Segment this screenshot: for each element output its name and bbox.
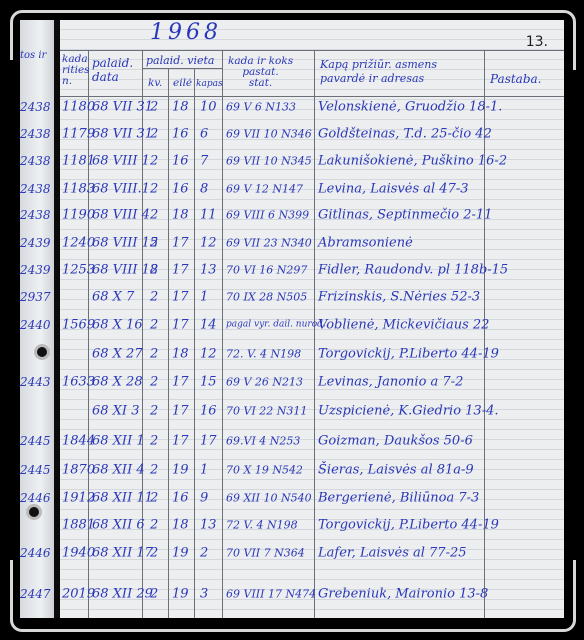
edge-number: 2447 bbox=[20, 587, 51, 601]
previous-page-edge: tos ir 243824382438243824382439243929372… bbox=[20, 20, 54, 618]
cell-no: 1633 bbox=[62, 375, 95, 390]
header-bottom-rule bbox=[60, 96, 564, 97]
cell-date: 68 X 27 bbox=[92, 347, 143, 362]
edge-number: 2937 bbox=[20, 290, 51, 304]
cell-monument: 70 VII 7 N364 bbox=[226, 547, 305, 560]
cell-date: 68 VII 31 bbox=[92, 127, 153, 142]
cell-kapas: 3 bbox=[200, 587, 208, 602]
cell-caretaker: Grebeniuk, Maironio 13-8 bbox=[318, 587, 488, 602]
cell-eile: 19 bbox=[172, 546, 189, 561]
cell-caretaker: Torgovickij, P.Liberto 44-19 bbox=[318, 518, 499, 533]
cell-kv: 2 bbox=[150, 290, 158, 305]
cell-kapas: 8 bbox=[200, 182, 208, 197]
cell-caretaker: Uzspicienė, K.Giedrio 13-4. bbox=[318, 404, 499, 419]
cell-no: 2019 bbox=[62, 587, 95, 602]
cell-date: 68 VII 31 bbox=[92, 100, 153, 115]
cell-caretaker: Abramsonienė bbox=[318, 236, 413, 251]
frame-gap-left bbox=[0, 60, 14, 560]
col-rule-3 bbox=[168, 68, 169, 618]
cell-date: 68 XII 6 bbox=[92, 518, 145, 533]
edge-number: 2438 bbox=[20, 100, 51, 114]
edge-number: 2438 bbox=[20, 208, 51, 222]
edge-header: tos ir bbox=[20, 50, 46, 61]
cell-date: 68 XII 29 bbox=[92, 587, 153, 602]
cell-no: 1179 bbox=[62, 127, 95, 142]
header-burial-place: palaid. vieta bbox=[146, 55, 214, 66]
cell-kapas: 14 bbox=[200, 318, 217, 333]
binding-hole-bottom bbox=[26, 504, 42, 520]
edge-number: 2445 bbox=[20, 434, 51, 448]
cell-caretaker: Levinas, Janonio a 7-2 bbox=[318, 375, 463, 390]
cell-no: 1253 bbox=[62, 263, 95, 278]
cell-monument: 69 VIII 6 N399 bbox=[226, 209, 309, 222]
col-rule-5 bbox=[222, 50, 223, 618]
cell-kapas: 13 bbox=[200, 518, 217, 533]
edge-number: 2438 bbox=[20, 182, 51, 196]
cell-monument: 72 V. 4 N198 bbox=[226, 519, 298, 532]
cell-monument: 69 VIII 17 N474 bbox=[226, 588, 316, 601]
cell-monument: 69.VI 4 N253 bbox=[226, 435, 300, 448]
cell-no: 1569 bbox=[62, 318, 95, 333]
cell-kapas: 15 bbox=[200, 375, 217, 390]
frame-gap-right bbox=[570, 70, 584, 560]
cell-monument: 69 VII 10 N345 bbox=[226, 155, 312, 168]
cell-eile: 16 bbox=[172, 182, 189, 197]
cell-caretaker: Levina, Laisvės al 47-3 bbox=[318, 182, 469, 197]
cell-kapas: 17 bbox=[200, 434, 217, 449]
cell-caretaker: Lafer, Laisvės al 77-25 bbox=[318, 546, 467, 561]
cell-no: 1912 bbox=[62, 491, 95, 506]
cell-caretaker: Lakunišokienė, Puškino 16-2 bbox=[318, 154, 507, 169]
cell-date: 68 XI 3 bbox=[92, 404, 139, 419]
header-grave: kapas bbox=[196, 80, 223, 89]
cell-kv: 2 bbox=[150, 208, 158, 223]
cell-kapas: 16 bbox=[200, 404, 217, 419]
header-burial-date: palaid. data bbox=[92, 56, 133, 84]
cell-date: 68 VIII.1 bbox=[92, 182, 150, 197]
cell-kv: 2 bbox=[150, 587, 158, 602]
cell-date: 68 XII 4 bbox=[92, 463, 145, 478]
cell-monument: 69 V 6 N133 bbox=[226, 101, 296, 114]
col-rule-6 bbox=[314, 50, 315, 618]
header-top-rule bbox=[60, 50, 564, 51]
cell-eile: 17 bbox=[172, 375, 189, 390]
cell-caretaker: Šieras, Laisvės al 81a-9 bbox=[318, 463, 474, 478]
cell-monument: 70 VI 16 N297 bbox=[226, 264, 307, 277]
header-sub-rule bbox=[142, 68, 222, 69]
cell-date: 68 VIII 18 bbox=[92, 263, 158, 278]
cell-date: 68 XII 1 bbox=[92, 434, 145, 449]
header-registry-no: kada rities n. bbox=[62, 54, 90, 87]
cell-eile: 16 bbox=[172, 127, 189, 142]
header-notes: Pastaba. bbox=[490, 74, 541, 85]
cell-kapas: 12 bbox=[200, 236, 217, 251]
edge-number: 2439 bbox=[20, 236, 51, 250]
binding-hole-top bbox=[34, 344, 50, 360]
cell-kapas: 11 bbox=[200, 208, 217, 223]
cell-kv: 2 bbox=[150, 404, 158, 419]
cell-kapas: 9 bbox=[200, 491, 208, 506]
cell-eile: 17 bbox=[172, 434, 189, 449]
cell-eile: 17 bbox=[172, 404, 189, 419]
cell-kapas: 2 bbox=[200, 546, 208, 561]
cell-no: 1240 bbox=[62, 236, 95, 251]
header-caretaker: Kapą prižiūr. asmens pavardė ir adresas bbox=[320, 58, 437, 86]
cell-caretaker: Velonskienė, Gruodžio 18-1. bbox=[318, 100, 502, 115]
cell-no: 1190 bbox=[62, 208, 95, 223]
cell-kv: 2 bbox=[150, 263, 158, 278]
edge-number: 2440 bbox=[20, 318, 51, 332]
cell-eile: 18 bbox=[172, 100, 189, 115]
ledger-photo: tos ir 243824382438243824382439243929372… bbox=[20, 20, 564, 618]
cell-kv: 2 bbox=[150, 154, 158, 169]
cell-eile: 16 bbox=[172, 491, 189, 506]
cell-caretaker: Goizman, Daukšos 50-6 bbox=[318, 434, 473, 449]
edge-number: 2445 bbox=[20, 463, 51, 477]
cell-caretaker: Frizinskis, S.Nėries 52-3 bbox=[318, 290, 480, 305]
cell-monument: 69 XII 10 N540 bbox=[226, 492, 312, 505]
edge-number: 2438 bbox=[20, 154, 51, 168]
cell-monument: pagal vyr. dail. nurod. bbox=[226, 321, 326, 330]
cell-kv: 2 bbox=[150, 347, 158, 362]
cell-caretaker: Bergerienė, Biliūnoa 7-3 bbox=[318, 491, 479, 506]
header-block: kv. bbox=[148, 78, 162, 89]
cell-kapas: 6 bbox=[200, 127, 208, 142]
cell-caretaker: Torgovickij, P.Liberto 44-19 bbox=[318, 347, 499, 362]
cell-eile: 19 bbox=[172, 463, 189, 478]
cell-kapas: 12 bbox=[200, 347, 217, 362]
cell-kv: 2 bbox=[150, 518, 158, 533]
edge-number: 2438 bbox=[20, 127, 51, 141]
cell-eile: 19 bbox=[172, 587, 189, 602]
cell-date: 68 X 7 bbox=[92, 290, 134, 305]
cell-date: 68 VIII 15 bbox=[92, 236, 158, 251]
cell-kapas: 7 bbox=[200, 154, 208, 169]
cell-eile: 17 bbox=[172, 318, 189, 333]
cell-monument: 70 VI 22 N311 bbox=[226, 405, 307, 418]
cell-caretaker: Voblienė, Mickevičiaus 22 bbox=[318, 318, 489, 333]
cell-kv: 2 bbox=[150, 182, 158, 197]
cell-monument: 69 V 26 N213 bbox=[226, 376, 303, 389]
cell-kv: 2 bbox=[150, 100, 158, 115]
cell-monument: 70 X 19 N542 bbox=[226, 464, 303, 477]
cell-kv: 2 bbox=[150, 463, 158, 478]
cell-kapas: 1 bbox=[200, 290, 208, 305]
cell-no: 1870 bbox=[62, 463, 95, 478]
cell-eile: 17 bbox=[172, 236, 189, 251]
cell-kv: 2 bbox=[150, 127, 158, 142]
cell-no: 1881 bbox=[62, 518, 95, 533]
header-monument: kada ir koks pastat. stat. bbox=[228, 56, 293, 89]
cell-no: 1183 bbox=[62, 182, 95, 197]
cell-date: 68 XII 17 bbox=[92, 546, 153, 561]
cell-no: 1181 bbox=[62, 154, 95, 169]
cell-kv: 2 bbox=[150, 491, 158, 506]
cell-kv: 2 bbox=[150, 236, 158, 251]
cell-kapas: 10 bbox=[200, 100, 217, 115]
edge-number: 2446 bbox=[20, 491, 51, 505]
cell-caretaker: Gitlinas, Septinmečio 2-11 bbox=[318, 208, 492, 223]
cell-date: 68 X 28 bbox=[92, 375, 143, 390]
cell-no: 1844 bbox=[62, 434, 95, 449]
ledger-page: 1968 13. kada rities n. palaid. data pal… bbox=[60, 20, 564, 618]
edge-number: 2446 bbox=[20, 546, 51, 560]
cell-kv: 2 bbox=[150, 546, 158, 561]
cell-monument: 70 IX 28 N505 bbox=[226, 291, 307, 304]
cell-caretaker: Goldšteinas, T.d. 25-čio 42 bbox=[318, 127, 492, 142]
cell-no: 1940 bbox=[62, 546, 95, 561]
cell-monument: 72. V. 4 N198 bbox=[226, 348, 301, 361]
cell-eile: 17 bbox=[172, 263, 189, 278]
cell-kapas: 13 bbox=[200, 263, 217, 278]
cell-eile: 18 bbox=[172, 347, 189, 362]
cell-date: 68 VIII 4 bbox=[92, 208, 150, 223]
cell-date: 68 XII 11 bbox=[92, 491, 153, 506]
cell-caretaker: Fidler, Raudondv. pl 118b-15 bbox=[318, 263, 508, 278]
edge-number: 2439 bbox=[20, 263, 51, 277]
year-heading: 1968 bbox=[150, 20, 222, 45]
cell-kapas: 1 bbox=[200, 463, 208, 478]
cell-kv: 2 bbox=[150, 434, 158, 449]
cell-date: 68 X 16 bbox=[92, 318, 143, 333]
edge-number: 2443 bbox=[20, 375, 51, 389]
header-row: eilė bbox=[173, 78, 192, 89]
cell-monument: 69 VII 23 N340 bbox=[226, 237, 312, 250]
cell-kv: 2 bbox=[150, 375, 158, 390]
cell-monument: 69 VII 10 N346 bbox=[226, 128, 312, 141]
col-rule-4 bbox=[194, 68, 195, 618]
cell-eile: 18 bbox=[172, 518, 189, 533]
cell-date: 68 VIII 1 bbox=[92, 154, 150, 169]
cell-monument: 69 V 12 N147 bbox=[226, 183, 303, 196]
cell-eile: 16 bbox=[172, 154, 189, 169]
cell-eile: 17 bbox=[172, 290, 189, 305]
cell-kv: 2 bbox=[150, 318, 158, 333]
cell-eile: 18 bbox=[172, 208, 189, 223]
cell-no: 1180 bbox=[62, 100, 95, 115]
page-number: 13. bbox=[526, 34, 548, 50]
